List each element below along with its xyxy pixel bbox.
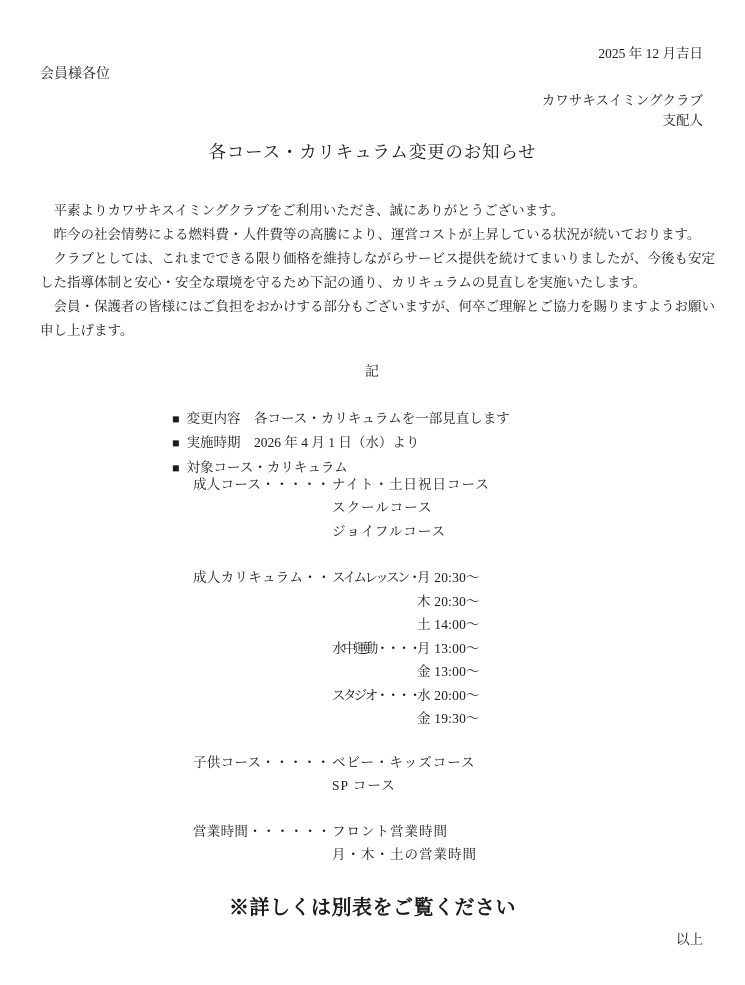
course-time: 水 20:00〜 [417,684,480,704]
course-label: 成人カリキュラム・・ [193,566,331,586]
body-line: した指導体制と安心・安全な環境を守るため下記の通り、カリキュラムの見直しを実施い… [40,271,710,295]
course-sublabel: スイムレッスン・ [332,566,419,586]
notice-text: 変更内容 各コース・カリキュラムを一部見直します [187,411,510,426]
course-row: 金 13:00〜 [0,660,745,683]
course-sublabel: スタジオ・・・・ [332,684,419,704]
course-label: 子供コース・・・・・ [193,751,330,771]
course-row: スタジオ・・・・ 水 20:00〜 [0,684,745,707]
course-row: スクールコース [0,496,745,519]
sender-organization: カワサキスイミングクラブ [542,89,703,109]
course-row: 土 14:00〜 [0,613,745,636]
course-time: 金 19:30〜 [417,707,480,727]
course-value: ジョイフルコース [332,520,446,540]
course-value: スクールコース [332,496,433,516]
notice-item-change: ■変更内容 各コース・カリキュラムを一部見直します [172,407,510,431]
course-value: 月・木・土の営業時間 [332,843,477,863]
body-line: 昨今の社会情勢による燃料費・人件費等の高騰により、運営コストが上昇している状況が… [40,223,710,247]
course-time: 月 20:30〜 [417,566,480,586]
course-row: 営業時間・・・・・・ フロント営業時間 [0,820,745,843]
notice-item-schedule: ■実施時期 2026 年 4 月 1 日（水）より [172,431,510,455]
course-value: SP コース [332,774,396,794]
square-bullet-icon: ■ [172,436,180,450]
document-date: 2025 年 12 月吉日 [598,42,703,62]
notice-text: 対象コース・カリキュラム [187,460,348,475]
document-title: 各コース・カリキュラム変更のお知らせ [0,139,745,164]
notice-document: 2025 年 12 月吉日 会員様各位 カワサキスイミングクラブ 支配人 各コー… [0,0,745,985]
record-marker: 記 [0,361,745,381]
course-time: 木 20:30〜 [417,590,480,610]
course-row: ジョイフルコース [0,520,745,543]
notice-text: 実施時期 2026 年 4 月 1 日（水）より [187,435,420,450]
square-bullet-icon: ■ [172,412,180,426]
course-value: ベビー・キッズコース [332,751,476,771]
notice-list: ■変更内容 各コース・カリキュラムを一部見直します ■実施時期 2026 年 4… [172,407,510,480]
course-time: 金 13:00〜 [417,660,480,680]
body-line: 申し上げます。 [40,319,710,343]
course-value: フロント営業時間 [332,820,448,840]
course-row: 成人カリキュラム・・ スイムレッスン・ 月 20:30〜 [0,566,745,589]
course-sublabel: 水中運動・・・・ [332,637,419,657]
course-row: SP コース [0,774,745,797]
square-bullet-icon: ■ [172,461,180,475]
body-line: 会員・保護者の皆様にはご負担をおかけする部分もございますが、何卒ご理解とご協力を… [40,295,710,319]
course-time: 月 13:00〜 [417,637,480,657]
sender-title: 支配人 [663,109,704,129]
body-paragraphs: 平素よりカワサキスイミングクラブをご利用いただき、誠にありがとうございます。 昨… [40,199,710,343]
course-row: 水中運動・・・・ 月 13:00〜 [0,637,745,660]
highlight-note: ※詳しくは別表をご覧ください [0,891,745,920]
notice-item-target: ■対象コース・カリキュラム [172,456,510,480]
addressee: 会員様各位 [40,63,110,83]
closing-word: 以上 [676,928,703,948]
course-row: 子供コース・・・・・ ベビー・キッズコース [0,751,745,774]
course-label: 営業時間・・・・・・ [193,820,331,840]
body-line: 平素よりカワサキスイミングクラブをご利用いただき、誠にありがとうございます。 [40,199,710,223]
course-row: 木 20:30〜 [0,590,745,613]
body-line: クラブとしては、これまでできる限り価格を維持しながらサービス提供を続けてまいりま… [40,247,710,271]
course-row: 金 19:30〜 [0,707,745,730]
course-time: 土 14:00〜 [417,613,480,633]
course-row: 月・木・土の営業時間 [0,843,745,866]
